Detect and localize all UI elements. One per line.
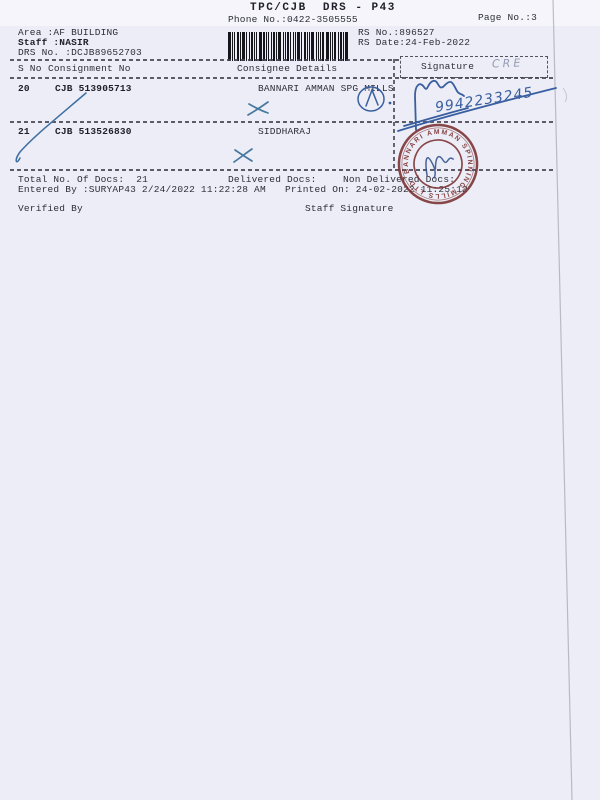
table-row-consignment: CJB 513526830 [55,127,132,137]
delivery-stamp: BANNARI AMMAN SPINNING MILLS LTD [389,115,487,213]
x-mark-row20 [248,102,268,115]
phone-number: Phone No.:0422-3505555 [228,15,358,25]
handwritten-note: CRE [492,56,524,70]
scanned-delivery-run-sheet: TPC/CJB DRS - P43 Phone No.:0422-3505555… [0,0,600,800]
table-row-consignment: CJB 513905713 [55,84,132,94]
table-row-consignee: BANNARI AMMAN SPG MILLS [258,84,394,94]
column-divider [393,59,395,171]
table-header-sno: S No [18,64,42,74]
table-row-consignee: SIDDHARAJ [258,127,311,137]
entered-by: Entered By :SURYAP43 2/24/2022 11:22:28 … [18,185,266,195]
fold-crease-line [553,0,572,800]
table-header-consignment: Consignment No [48,64,131,74]
table-header-signature: Signature [421,62,474,72]
verified-by-label: Verified By [18,204,83,214]
divider-line [10,121,553,123]
handwritten-signature [398,81,556,131]
barcode [228,32,348,61]
handwritten-phone: 9942233245 [434,85,534,116]
printed-on: Printed On: 24-02-2022 11:25:12 [285,185,468,195]
table-row-sno: 20 [18,84,30,94]
rs-date: RS Date:24-Feb-2022 [358,38,470,48]
divider-line [10,169,553,171]
table-row-sno: 21 [18,127,30,137]
staff-signature-label: Staff Signature [305,204,394,214]
fold-mark [563,88,567,102]
drs-number: DRS No. :DCJB89652703 [18,48,142,58]
x-mark-row21 [234,149,252,162]
divider-line [10,59,400,61]
page-number: Page No.:3 [478,13,537,23]
page-title: TPC/CJB DRS - P43 [250,3,396,13]
table-header-consignee: Consignee Details [237,64,337,74]
